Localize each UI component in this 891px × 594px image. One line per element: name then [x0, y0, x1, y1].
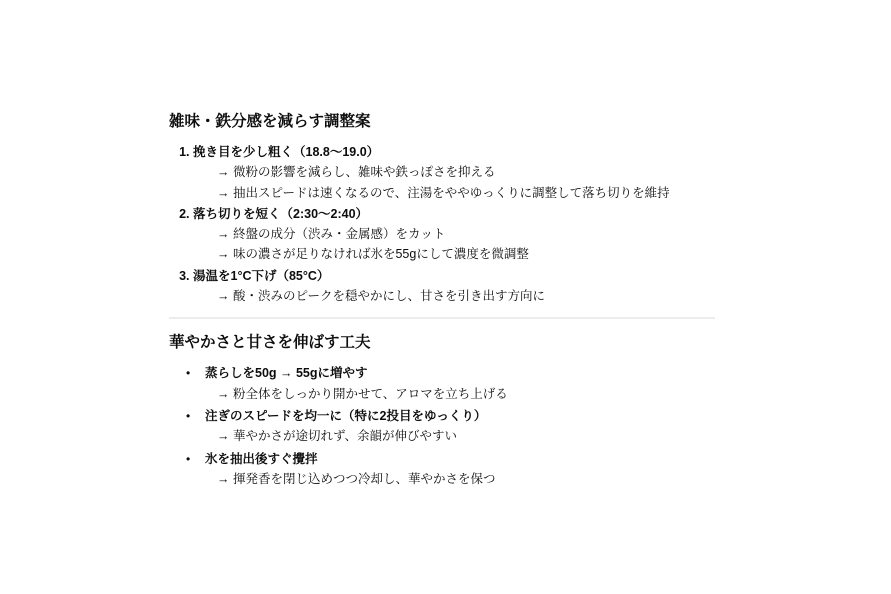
- section-divider: [169, 317, 715, 319]
- bulleted-list: 蒸らしを50g → 55gに増やす → 粉全体をしっかり開かせて、アロマを立ち上…: [169, 363, 715, 489]
- section-heading-adjustments: 雑味・鉄分感を減らす調整案: [169, 110, 715, 133]
- numbered-list: 挽き目を少し粗く（18.8〜19.0） → 微粉の影響を減らし、雑味や鉄っぽさを…: [169, 142, 715, 306]
- list-item: 氷を抽出後すぐ攪拌 → 揮発香を閉じ込めつつ冷却し、華やかさを保つ: [205, 449, 715, 490]
- list-item-title: 湯温を1°C下げ（85°C）: [193, 266, 715, 286]
- list-item-detail: → 酸・渋みのピークを穏やかにし、甘さを引き出す方向に: [193, 286, 715, 306]
- list-item-title: 落ち切りを短く（2:30〜2:40）: [193, 204, 715, 224]
- document-body: 雑味・鉄分感を減らす調整案 挽き目を少し粗く（18.8〜19.0） → 微粉の影…: [169, 110, 715, 491]
- list-item-detail: → 揮発香を閉じ込めつつ冷却し、華やかさを保つ: [205, 469, 715, 489]
- list-item-detail: → 味の濃さが足りなければ氷を55gにして濃度を微調整: [193, 244, 715, 264]
- list-item: 蒸らしを50g → 55gに増やす → 粉全体をしっかり開かせて、アロマを立ち上…: [205, 363, 715, 404]
- list-item-title: 挽き目を少し粗く（18.8〜19.0）: [193, 142, 715, 162]
- list-item-title: 氷を抽出後すぐ攪拌: [205, 449, 715, 469]
- list-item-title: 注ぎのスピードを均一に（特に2投目をゆっくり）: [205, 406, 715, 426]
- list-item-detail: → 抽出スピードは速くなるので、注湯をややゆっくりに調整して落ち切りを維持: [193, 183, 715, 203]
- list-item-detail: → 微粉の影響を減らし、雑味や鉄っぽさを抑える: [193, 162, 715, 182]
- list-item-detail: → 粉全体をしっかり開かせて、アロマを立ち上げる: [205, 384, 715, 404]
- list-item: 湯温を1°C下げ（85°C） → 酸・渋みのピークを穏やかにし、甘さを引き出す方…: [193, 266, 715, 307]
- list-item: 注ぎのスピードを均一に（特に2投目をゆっくり） → 華やかさが途切れず、余韻が伸…: [205, 406, 715, 447]
- list-item: 落ち切りを短く（2:30〜2:40） → 終盤の成分（渋み・金属感）をカット →…: [193, 204, 715, 265]
- list-item-title: 蒸らしを50g → 55gに増やす: [205, 363, 715, 383]
- section-heading-enhancements: 華やかさと甘さを伸ばす工夫: [169, 331, 715, 354]
- list-item-detail: → 終盤の成分（渋み・金属感）をカット: [193, 224, 715, 244]
- section-adjustments: 雑味・鉄分感を減らす調整案 挽き目を少し粗く（18.8〜19.0） → 微粉の影…: [169, 110, 715, 306]
- list-item: 挽き目を少し粗く（18.8〜19.0） → 微粉の影響を減らし、雑味や鉄っぽさを…: [193, 142, 715, 203]
- section-enhancements: 華やかさと甘さを伸ばす工夫 蒸らしを50g → 55gに増やす → 粉全体をしっ…: [169, 331, 715, 489]
- list-item-detail: → 華やかさが途切れず、余韻が伸びやすい: [205, 426, 715, 446]
